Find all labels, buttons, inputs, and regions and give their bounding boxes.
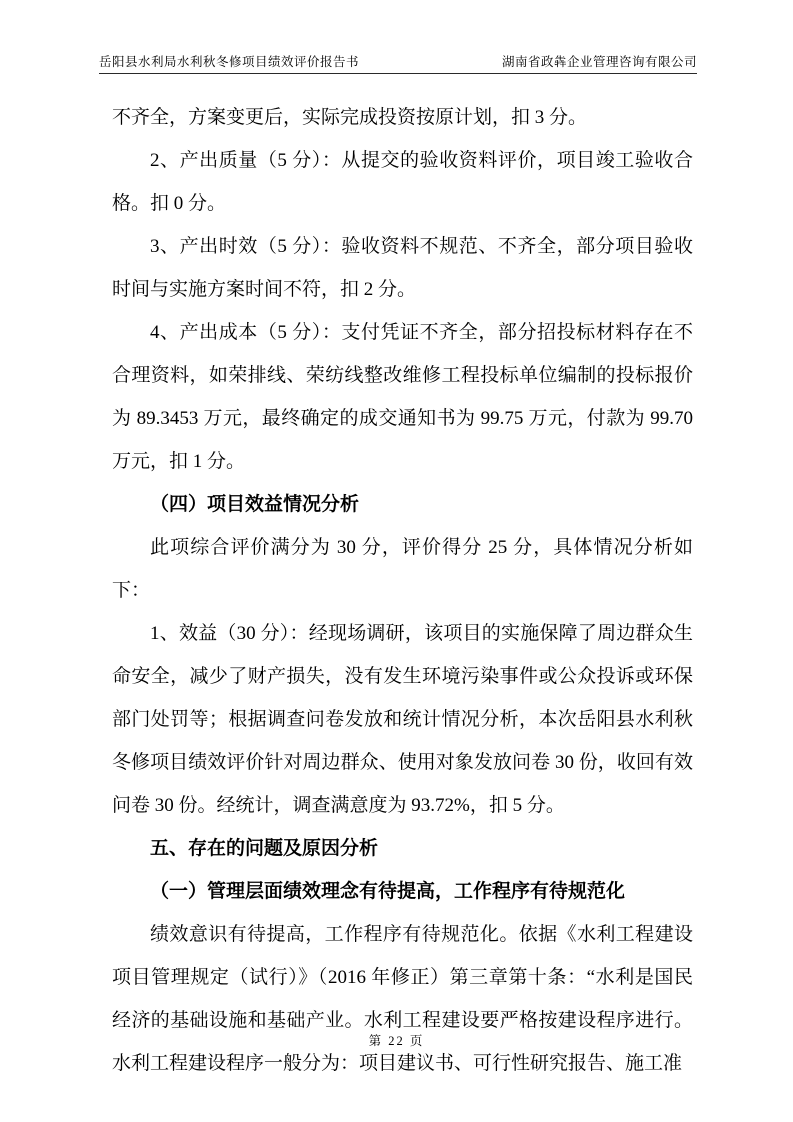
body-paragraph: 3、产出时效（5 分）：验收资料不规范、不齐全，部分项目验收时间与实施方案时间不… [112,225,693,311]
document-body: 不齐全，方案变更后，实际完成投资按原计划，扣 3 分。2、产出质量（5 分）：从… [112,96,693,1085]
page-number: 第 22 页 [369,1034,425,1048]
body-paragraph: 此项综合评价满分为 30 分，评价得分 25 分，具体情况分析如下： [112,526,693,612]
header-company-name: 湖南省政犇企业管理咨询有限公司 [502,52,697,70]
section-heading: （一）管理层面绩效理念有待提高，工作程序有待规范化 [112,870,693,913]
page-footer: 第 22 页 [0,1031,793,1049]
body-paragraph: 4、产出成本（5 分）：支付凭证不齐全，部分招投标材料存在不合理资料，如荣排线、… [112,311,693,483]
body-paragraph: 1、效益（30 分）：经现场调研，该项目的实施保障了周边群众生命安全，减少了财产… [112,612,693,827]
body-paragraph: 不齐全，方案变更后，实际完成投资按原计划，扣 3 分。 [112,96,693,139]
section-heading: （四）项目效益情况分析 [112,483,693,526]
document-page: 岳阳县水利局水利秋冬修项目绩效评价报告书 湖南省政犇企业管理咨询有限公司 不齐全… [0,0,793,1122]
body-paragraph: 2、产出质量（5 分）：从提交的验收资料评价，项目竣工验收合格。扣 0 分。 [112,139,693,225]
section-heading: 五、存在的问题及原因分析 [112,827,693,870]
header-report-title: 岳阳县水利局水利秋冬修项目绩效评价报告书 [99,52,359,70]
page-header: 岳阳县水利局水利秋冬修项目绩效评价报告书 湖南省政犇企业管理咨询有限公司 [99,52,697,74]
body-paragraph: 绩效意识有待提高，工作程序有待规范化。依据《水利工程建设项目管理规定（试行）》（… [112,913,693,1085]
